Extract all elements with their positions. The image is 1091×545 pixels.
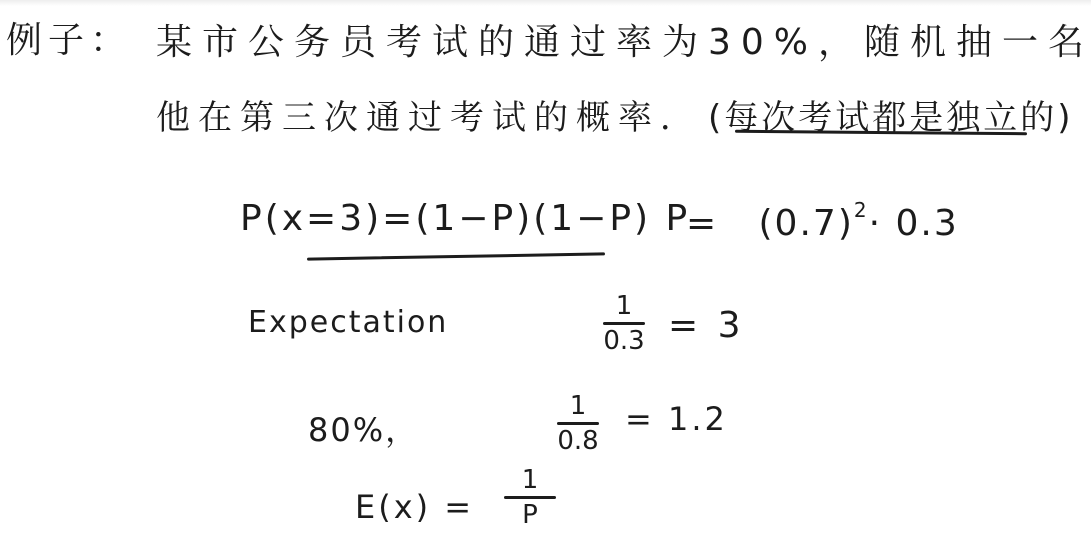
fraction-denominator: P (522, 501, 538, 529)
fraction-numerator: 1 (570, 392, 587, 420)
formula-tail: · 0.3 (869, 203, 959, 244)
problem-statement-line1: 某市公务员考试的通过率为30%，随机抽一名考生， (156, 14, 1091, 65)
pass-rate-80: 80%， (308, 405, 419, 451)
formula-underline (307, 252, 605, 260)
fraction-denominator: 0.8 (557, 427, 598, 455)
fraction-bar (603, 322, 645, 325)
expectation-fraction: 1 0.3 (603, 292, 645, 355)
formula-base: (0.7) (759, 203, 854, 244)
fraction-bar (557, 422, 599, 425)
formula-equals: = (686, 203, 718, 244)
probability-formula-rhs: = (0.7)2· 0.3 (686, 198, 959, 244)
top-edge-band (0, 0, 1091, 6)
fraction-numerator: 1 (616, 292, 633, 320)
fraction-numerator: 1 (522, 466, 539, 494)
expectation-label: Expectation (248, 305, 448, 340)
probability-formula-lhs: P(x=3)=(1−P)(1−P) P (240, 198, 690, 239)
example2-fraction: 1 0.8 (557, 392, 599, 455)
example2-result: = 1.2 (625, 400, 728, 438)
expectation-general-lhs: E(x) = (355, 488, 474, 526)
problem-statement-line2: 他在第三次通过考试的概率． (156, 90, 702, 139)
example-label: 例子： (6, 12, 132, 63)
fraction-bar (504, 496, 556, 499)
formula-exponent: 2 (854, 198, 869, 222)
fraction-denominator: 0.3 (603, 327, 644, 355)
expectation-general-fraction: 1 P (504, 466, 556, 529)
expectation-result: = 3 (668, 305, 745, 346)
